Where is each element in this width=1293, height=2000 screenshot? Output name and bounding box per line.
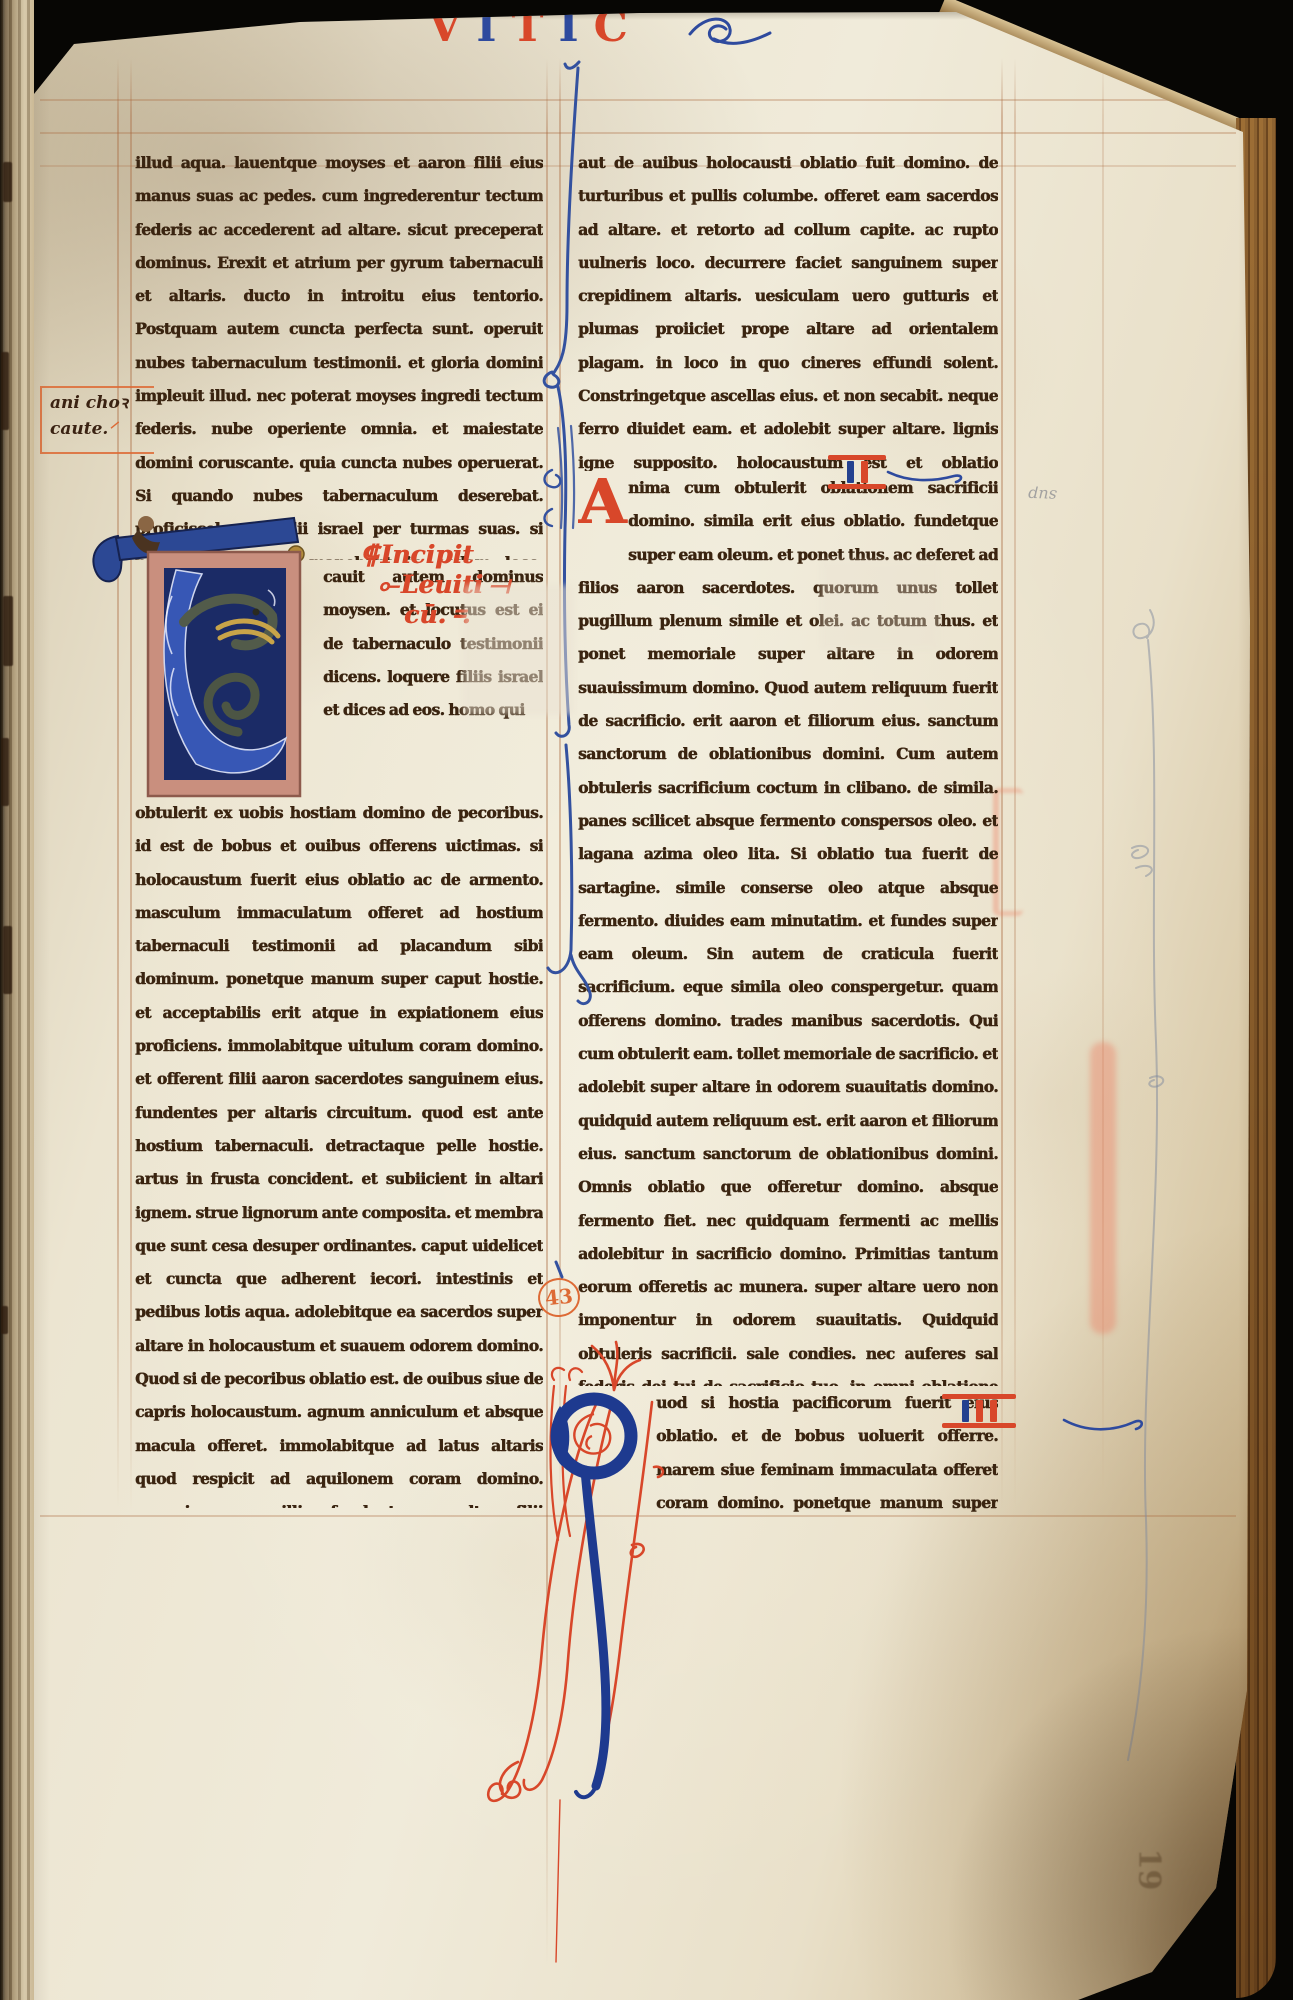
edge-text-speck <box>3 596 13 666</box>
margin-plummet-squiggle <box>1128 610 1163 1760</box>
header-letter: C <box>594 2 643 52</box>
numeral-bar <box>828 484 886 489</box>
chapter2-numeral <box>828 455 886 489</box>
folio-stamp: 19 <box>1131 1849 1166 1891</box>
text-column-a: illud aqua. lauentque moyses et aaron fi… <box>135 146 543 1508</box>
rubric-flourish-icon: ⟜ <box>378 570 401 599</box>
numeral-stroke <box>847 461 854 483</box>
edge-text-speck <box>3 926 12 994</box>
rubric-line: Leuiti <box>401 570 483 599</box>
margin-note-line: ani choꝛ <box>50 390 154 416</box>
numeral-stroke <box>962 1400 969 1422</box>
q-descender <box>585 1470 606 1786</box>
numeral-bar <box>942 1423 1016 1428</box>
edge-text-speck <box>1 738 9 806</box>
rubric-line: Incipit <box>380 540 473 569</box>
ruling-line <box>40 99 1236 101</box>
chapter2-body: nima cum obtulerit oblationem sacrificii… <box>578 478 998 1386</box>
left-page-edges <box>0 0 34 2000</box>
parchment-page: VITIC illud aqua. lauentque moyses et aa… <box>0 0 1293 2000</box>
chapter3-initial-space <box>578 1386 656 1490</box>
page-edge-bands <box>0 0 34 2000</box>
incipit-rubric: ⸿ Incipit ⟜ Leuiti ⟞ cū. ⹀⹀. <box>360 540 550 630</box>
ruling-line <box>1001 58 1003 1510</box>
rubric-flourish-icon: ⟞ <box>483 570 506 599</box>
dragon-head <box>253 609 260 616</box>
marginal-correction-note: ani choꝛ caute.⸍ <box>40 386 154 454</box>
header-letter: I <box>476 2 511 52</box>
ruling-line <box>40 1515 1236 1517</box>
header-letter: T <box>512 2 559 52</box>
header-flourish <box>690 19 770 43</box>
manuscript-photo: VITIC illud aqua. lauentque moyses et aa… <box>0 0 1293 2000</box>
note-flourish-icon: ⸍ <box>108 419 117 439</box>
exodus-ending-text: illud aqua. lauentque moyses et aaron fi… <box>135 146 543 560</box>
margin-gloss-sup: sup <box>1028 486 1057 506</box>
edge-text-speck <box>1 1306 8 1334</box>
numeral-stroke <box>990 1400 997 1422</box>
rubric-line: cū. <box>404 600 446 629</box>
illuminated-initial-v <box>88 500 320 812</box>
chapter2-initial-a: A <box>578 473 622 539</box>
numeral-stroke <box>976 1400 983 1422</box>
edge-text-speck <box>1 352 9 430</box>
leviticus-ch2-text: Anima cum obtulerit oblationem sacrifici… <box>578 471 998 1386</box>
leviticus-ch1-text: obtulerit ex uobis hostiam domino de pec… <box>135 796 543 1508</box>
offset-pigment-stain <box>1090 1042 1116 1334</box>
rubric-flourish-icon: ⹀⹀. <box>446 600 467 629</box>
chapter3-numeral <box>942 1394 1016 1428</box>
edge-text-speck <box>3 162 12 202</box>
numeral-stroke <box>861 461 868 483</box>
header-letter: I <box>559 2 594 52</box>
ruling-line <box>546 58 548 1968</box>
ruling-line <box>40 132 1236 134</box>
leviticus-ch3-text: uod si hostia pacificorum fuerit eius ob… <box>578 1386 998 1512</box>
margin-note-line: caute.⸍ <box>50 416 154 442</box>
climbing-figure-head <box>138 516 154 532</box>
header-letter: V <box>428 2 476 52</box>
text-column-b: aut de auibus holocausti oblatio fuit do… <box>578 146 998 1512</box>
leviticus-ch1-end-text: aut de auibus holocausti oblatio fuit do… <box>578 146 998 471</box>
rubric-paraph-icon: ⸿ <box>360 540 380 569</box>
ruling-line <box>1014 58 1016 1510</box>
running-header: VITIC <box>428 2 643 52</box>
